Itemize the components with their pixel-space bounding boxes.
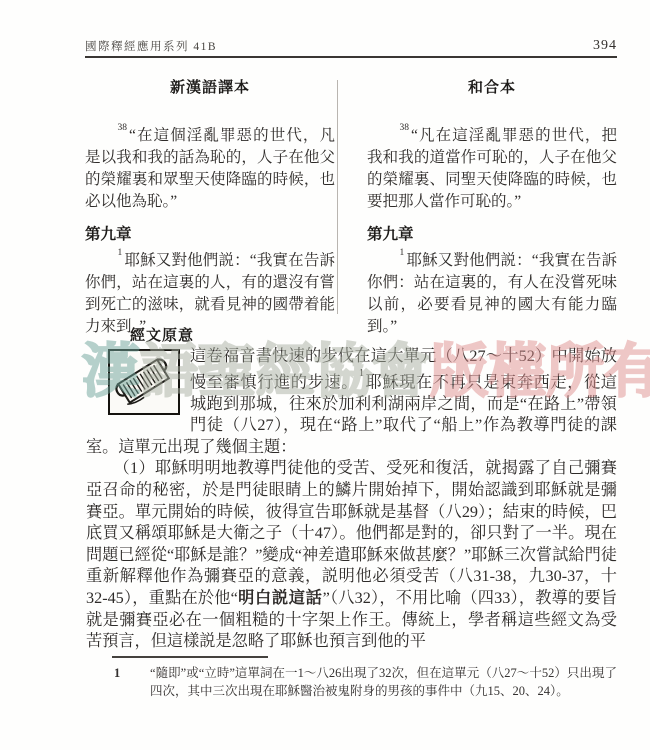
series-title: 國際釋經應用系列 41B [85, 38, 217, 54]
verse-number: 38 [400, 123, 412, 133]
verse-number: 38 [118, 123, 130, 133]
footnote-text: “隨即”或“立時”這單詞在一1～八26出現了32次，但在這單元（八27～十52）… [150, 666, 617, 698]
commentary-paragraph-1: 這卷福音書快速的步伐在這大單元（八27～十52）中開始放慢至審慎行進的步速。1耶… [86, 346, 617, 458]
chapter-heading-right: 第九章 [367, 222, 617, 244]
scroll-woodcut-icon [108, 349, 180, 415]
verse-number: 1 [400, 248, 407, 258]
book-page: 國際釋經應用系列 41B 394 新漢語譯本 38“在這個淫亂罪惡的世代，凡是以… [0, 0, 650, 750]
commentary-body: 這卷福音書快速的步伐在這大單元（八27～十52）中開始放慢至審慎行進的步速。1耶… [86, 346, 617, 653]
para2-text-before-bold: （1）耶穌明明地教導門徒他的受苦、受死和復活，就揭露了自己彌賽亞召命的秘密，於是… [86, 459, 617, 607]
commentary-paragraph-2: （1）耶穌明明地教導門徒他的受苦、受死和復活，就揭露了自己彌賽亞召命的秘密，於是… [86, 458, 617, 652]
column-divider [337, 80, 338, 314]
verse-38-left: 38“在這個淫亂罪惡的世代，凡是以我和我的話為恥的，人子在他父的榮耀裏和眾聖天使… [85, 121, 335, 213]
verse-1-left: 1耶穌又對他們説：“我實在告訴你們，站在這裏的人，有的還沒有嘗到死亡的滋味，就看… [85, 246, 335, 338]
verse-38-right: 38“凡在這淫亂罪惡的世代，把我和我的道當作可恥的，人子在他父的榮耀裏、同聖天使… [367, 121, 617, 213]
verse-text: 耶穌又對他們説：“我實在告訴你們，站在這裏的人，有的還沒有嘗到死亡的滋味，就看見… [85, 252, 335, 335]
column-header-left: 新漢語譯本 [85, 76, 335, 97]
footnote-number: 1 [114, 665, 120, 683]
column-union-version: 和合本 38“凡在這淫亂罪惡的世代，把我和我的道當作可恥的，人子在他父的榮耀裏、… [367, 76, 617, 338]
verse-1-right: 1耶穌又對他們説：“我實在告訴你們：站在這裏的，有人在没嘗死味以前，必要看見神的… [367, 246, 617, 338]
footnote-reference: 1 [358, 368, 365, 379]
header-rule [85, 56, 617, 58]
running-head: 國際釋經應用系列 41B 394 [85, 38, 617, 54]
column-new-chinese-version: 新漢語譯本 38“在這個淫亂罪惡的世代，凡是以我和我的話為恥的，人子在他父的榮耀… [85, 76, 335, 338]
translation-columns: 新漢語譯本 38“在這個淫亂罪惡的世代，凡是以我和我的話為恥的，人子在他父的榮耀… [85, 76, 617, 338]
footnote: 1 “隨即”或“立時”這單詞在一1～八26出現了32次，但在這單元（八27～十5… [112, 665, 617, 700]
verse-number: 1 [118, 248, 125, 258]
column-header-right: 和合本 [367, 76, 617, 97]
para2-bold-phrase: 明白説這話 [238, 589, 323, 607]
page-number: 394 [593, 38, 617, 54]
footnote-rule [112, 656, 268, 658]
verse-text: “在這個淫亂罪惡的世代，凡是以我和我的話為恥的，人子在他父的榮耀裏和眾聖天使降臨… [85, 127, 335, 210]
chapter-heading-left: 第九章 [85, 222, 335, 244]
verse-text: 耶穌又對他們説：“我實在告訴你們：站在這裏的，有人在没嘗死味以前，必要看見神的國… [367, 252, 617, 335]
section-heading: 經文原意 [130, 324, 194, 345]
verse-text: “凡在這淫亂罪惡的世代，把我和我的道當作可恥的，人子在他父的榮耀裏、同聖天使降臨… [367, 127, 617, 210]
